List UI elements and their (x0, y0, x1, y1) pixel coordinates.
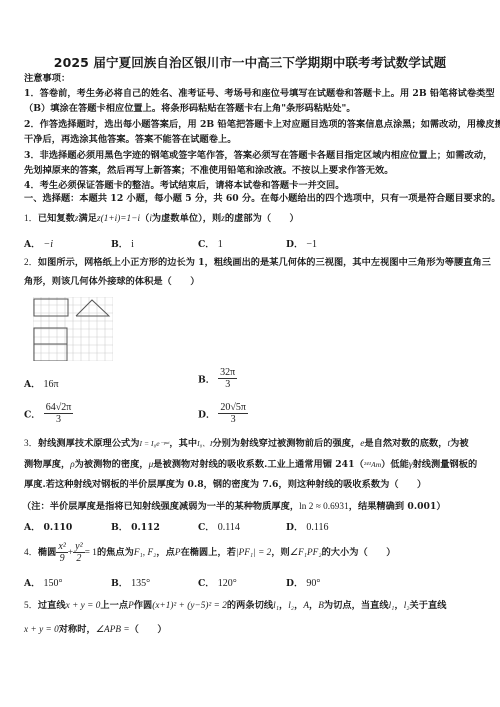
notice-line-7: 4．考生必须保证答题卡的整洁。考试结束后，请将本试卷和答题卡一并交回。 (24, 180, 345, 192)
section-heading: 一、选择题：本题共 12 小题，每小题 5 分，共 60 分。在每小题给出的四个… (24, 193, 500, 205)
q1-option-c: C． 1 (198, 236, 223, 250)
q4-option-b: B． 135° (111, 575, 150, 589)
front-view (34, 299, 68, 316)
question-1: 1．已知复数z满足z(1+i)=1−i（i为虚数单位），则z的虚部为（ ） (24, 212, 299, 225)
question-3-note: （注：半价层厚度是指将已知射线强度减弱为一半的某种物质厚度，ln 2 ≈ 0.6… (22, 500, 446, 513)
q4-option-d: D． 90° (286, 575, 320, 589)
question-3-line-1: 3．射线测厚技术原理公式为I = I₀e⁻ᵖᵘᵗ，其中I₀、I分别为射线穿过被测… (24, 437, 469, 450)
q3-option-d: D． 0.116 (286, 519, 329, 533)
q4-option-a: A． 150° (24, 575, 63, 589)
notice-line-3: 2．作答选择题时，选出每小题答案后，用 2B 铅笔把答题卡上对应题目选项的答案信… (24, 119, 500, 131)
notice-line-2: （B）填涂在答题卡相应位置上。将条形码粘贴在答题卡右上角"条形码粘贴处"。 (24, 103, 356, 115)
q2-option-d: D． 20√5π3 (198, 402, 248, 425)
question-5-line-2: x + y = 0对称时，∠APB =（ ） (24, 623, 167, 636)
q3-option-b: B． 0.112 (111, 519, 160, 533)
q4-option-c: C． 120° (198, 575, 237, 589)
q1-option-b: B． i (111, 236, 134, 250)
q1-option-a: A． −i (24, 236, 53, 250)
notice-line-6: 先划掉原来的答案，然后再写上新答案；不准使用铅笔和涂改液。不按以上要求作答无效。 (24, 165, 394, 177)
q2-option-c: C． 64√2π3 (24, 402, 73, 425)
question-5-line-1: 5．过直线x + y = 0上一点P作圆(x+1)² + (y−5)² = 2的… (24, 599, 447, 612)
question-3-line-2: 测物厚度，ρ为被测物的密度，μ是被测物对射线的吸收系数.工业上通常用镅 241（… (24, 458, 477, 471)
question-2-line-2: 角形，则该几何体外接球的体积是（ ） (24, 276, 200, 288)
q3-option-a: A． 0.110 (24, 519, 72, 533)
q1-formula: z(1+i)=1−i (97, 213, 140, 223)
q2-option-b: B． 32π3 (198, 367, 237, 390)
notice-heading: 注意事项： (24, 73, 70, 85)
question-3-line-3: 厚度.若这种射线对钢板的半价层厚度为 0.8，钢的密度为 7.6，则这种射线的吸… (24, 479, 426, 491)
q2-option-a: A． 16π (24, 376, 59, 390)
question-4: 4．椭圆x²9+y²2= 1的焦点为F₁, F₂，点P在椭圆上，若|PF₁| =… (24, 541, 395, 564)
question-2-line-1: 2．如图所示，网格纸上小正方形的边长为 1，粗线画出的是某几何体的三视图，其中左… (24, 256, 491, 269)
notice-line-5: 3．非选择题必须用黑色字迹的钢笔或签字笔作答，答案必须写在答题卡各题目指定区域内… (24, 150, 492, 162)
notice-line-1: 1．答卷前，考生务必将自己的姓名、准考证号、考场号和座位号填写在试题卷和答题卡上… (24, 88, 495, 100)
notice-line-4: 干净后，再选涂其他答案。答案不能答在试题卷上。 (24, 134, 236, 146)
exam-title: 2025 届宁夏回族自治区银川市一中高三下学期期中联考考试数学试题 (0, 53, 500, 71)
grid-lines (33, 297, 113, 361)
q1-option-d: D． −1 (286, 236, 317, 250)
three-view-figure (33, 297, 113, 361)
q3-option-c: C． 0.114 (198, 519, 240, 533)
